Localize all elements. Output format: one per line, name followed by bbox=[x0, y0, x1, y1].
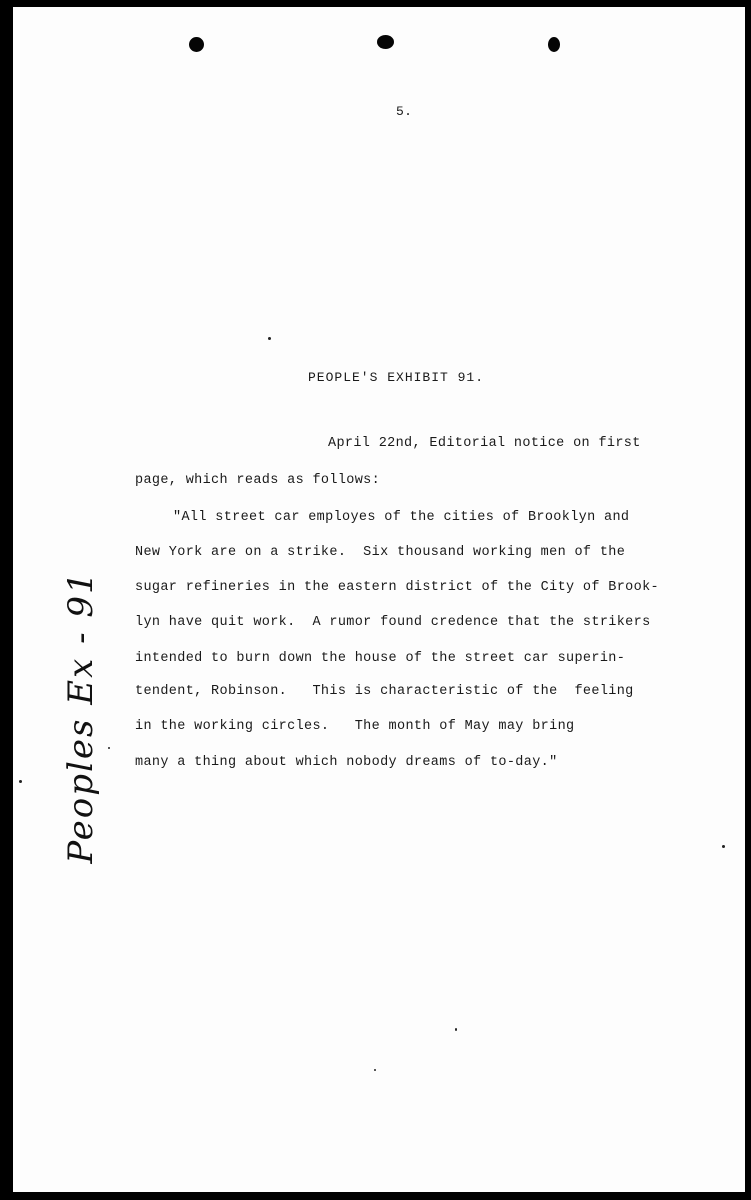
ink-speck bbox=[108, 747, 110, 749]
ink-speck bbox=[374, 1069, 376, 1071]
punch-hole-left bbox=[189, 37, 204, 52]
body-line-1: April 22nd, Editorial notice on first bbox=[328, 437, 641, 451]
punch-hole-center bbox=[377, 35, 394, 49]
body-line-4: New York are on a strike. Six thousand w… bbox=[135, 546, 625, 560]
punch-hole-right bbox=[548, 37, 560, 52]
body-line-7: intended to burn down the house of the s… bbox=[135, 652, 625, 666]
body-line-6: lyn have quit work. A rumor found creden… bbox=[135, 616, 651, 630]
page-number: 5. bbox=[396, 105, 412, 118]
handwritten-exhibit-label: Peoples Ex - 91 bbox=[61, 570, 101, 863]
ink-speck bbox=[455, 1028, 457, 1031]
body-line-3: "All street car employes of the cities o… bbox=[173, 511, 629, 525]
margin-annotation: Peoples Ex - 91 bbox=[31, 577, 131, 857]
body-line-9: in the working circles. The month of May… bbox=[135, 720, 574, 734]
body-line-8: tendent, Robinson. This is characteristi… bbox=[135, 685, 634, 699]
body-line-2: page, which reads as follows: bbox=[135, 474, 380, 488]
ink-speck bbox=[19, 780, 22, 783]
body-line-5: sugar refineries in the eastern district… bbox=[135, 581, 659, 595]
document-page: 5. PEOPLE'S EXHIBIT 91. April 22nd, Edit… bbox=[13, 7, 745, 1192]
body-line-10: many a thing about which nobody dreams o… bbox=[135, 756, 558, 770]
ink-speck bbox=[268, 337, 271, 340]
exhibit-heading: PEOPLE'S EXHIBIT 91. bbox=[308, 371, 484, 384]
ink-speck bbox=[722, 845, 725, 848]
